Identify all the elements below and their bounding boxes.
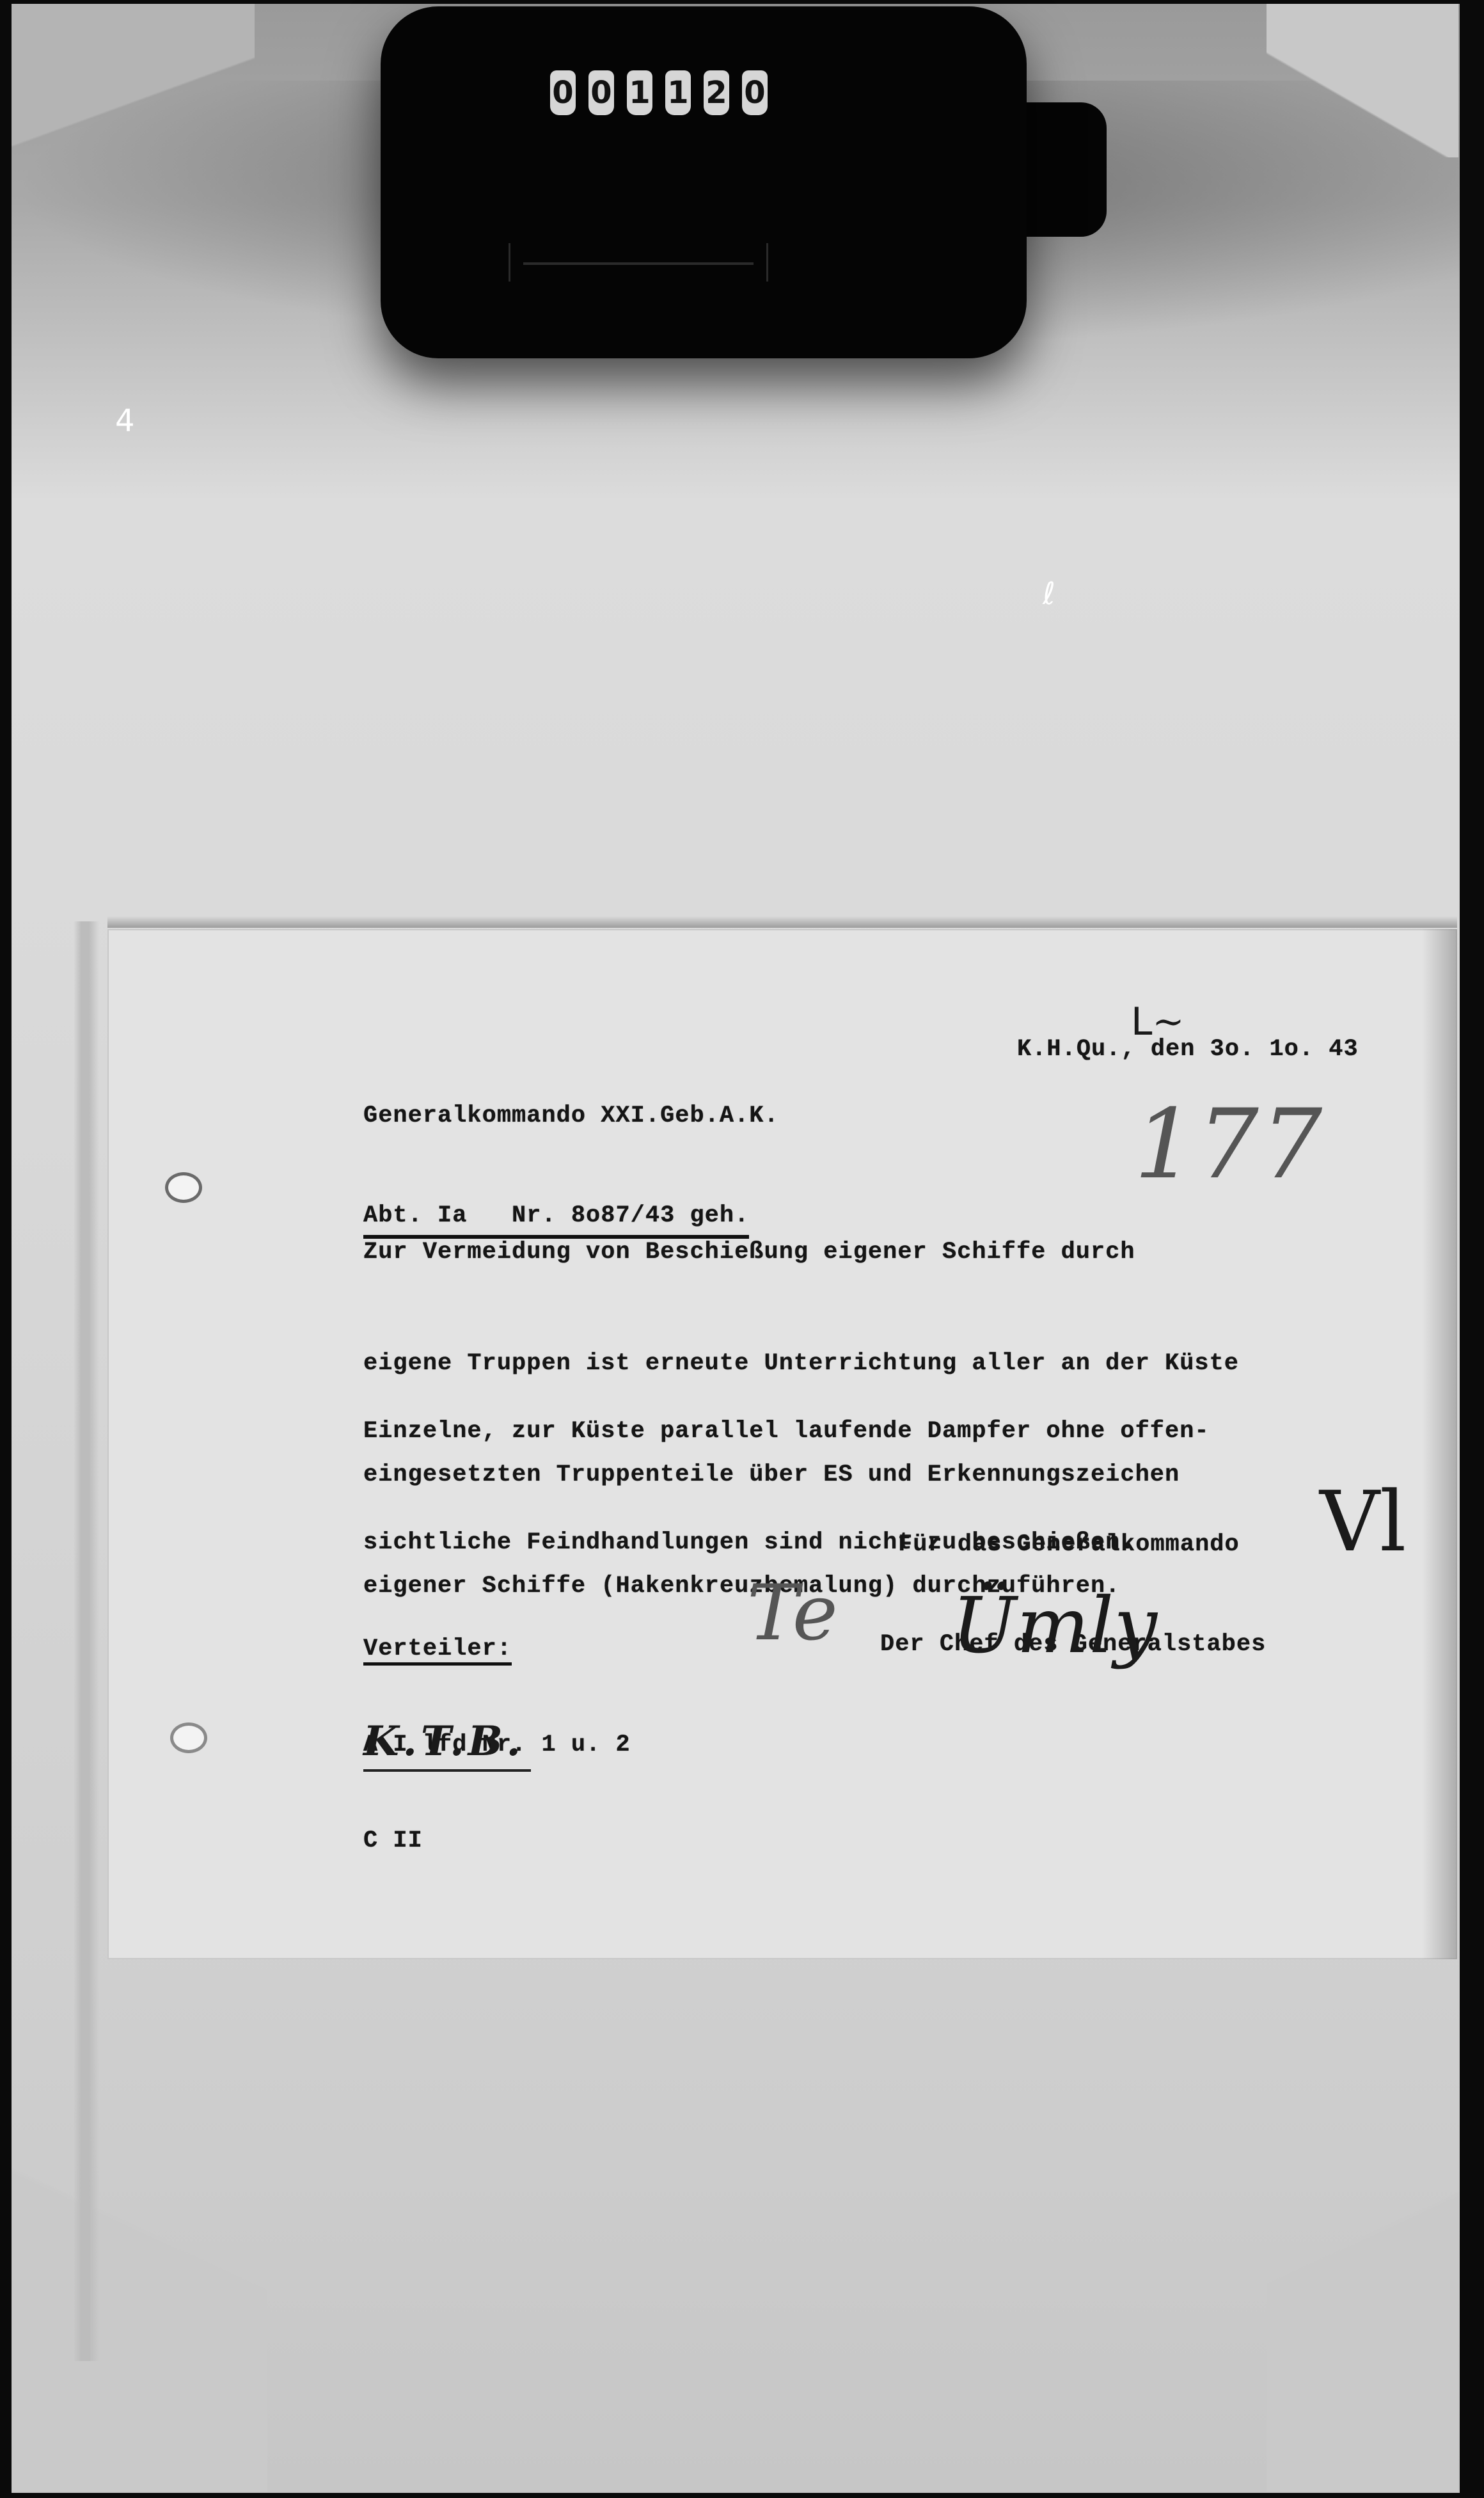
distribution-line: C II	[363, 1825, 631, 1857]
frame-counter-digits: 0 0 1 1 2 0	[550, 70, 768, 115]
counter-digit: 0	[588, 70, 614, 115]
handwritten-initials: Te	[747, 1569, 838, 1658]
counter-digit: 2	[704, 70, 729, 115]
counter-digit: 0	[550, 70, 576, 115]
left-fold-line	[74, 921, 99, 2361]
paraph-initials: Vl	[1320, 1473, 1406, 1570]
folded-corner-top-right	[1267, 4, 1458, 157]
punch-hole	[165, 1172, 202, 1203]
card-shadow	[107, 916, 1457, 928]
body-line: Einzelne, zur Küste parallel laufende Da…	[363, 1413, 1210, 1450]
ktb-annotation: K.T.B.	[363, 1717, 531, 1772]
document-card: Generalkommando XXI.Geb.A.K. Abt. Ia Nr.…	[107, 929, 1457, 1959]
film-mark-top-right: ℓ	[1043, 576, 1055, 612]
folio-mark: ᒪ~	[1131, 999, 1185, 1044]
punch-hole	[170, 1722, 207, 1753]
frame-counter: 0 0 1 1 2 0	[381, 6, 1027, 358]
folded-corner-top-left	[12, 4, 255, 151]
place-date: K.H.Qu., den 3o. 1o. 43	[1017, 1033, 1359, 1066]
film-mark-top-left: 4	[115, 403, 135, 439]
counter-digit: 1	[627, 70, 652, 115]
distribution-label: Verteiler:	[363, 1635, 512, 1666]
counter-digit: 0	[742, 70, 768, 115]
frame-counter-slot	[509, 243, 768, 282]
counter-digit: 1	[665, 70, 691, 115]
signature-line-1: Für das Generalkommando	[880, 1528, 1266, 1561]
film-edge	[1460, 0, 1484, 2498]
folded-corner-bottom-right	[1267, 1967, 1458, 2492]
folded-corner-bottom-left	[12, 1948, 267, 2492]
body-line: Zur Vermeidung von Beschießung eigener S…	[363, 1234, 1239, 1271]
handwritten-signature: Ümly	[952, 1582, 1157, 1671]
sender-line: Generalkommando XXI.Geb.A.K.	[363, 1099, 779, 1133]
